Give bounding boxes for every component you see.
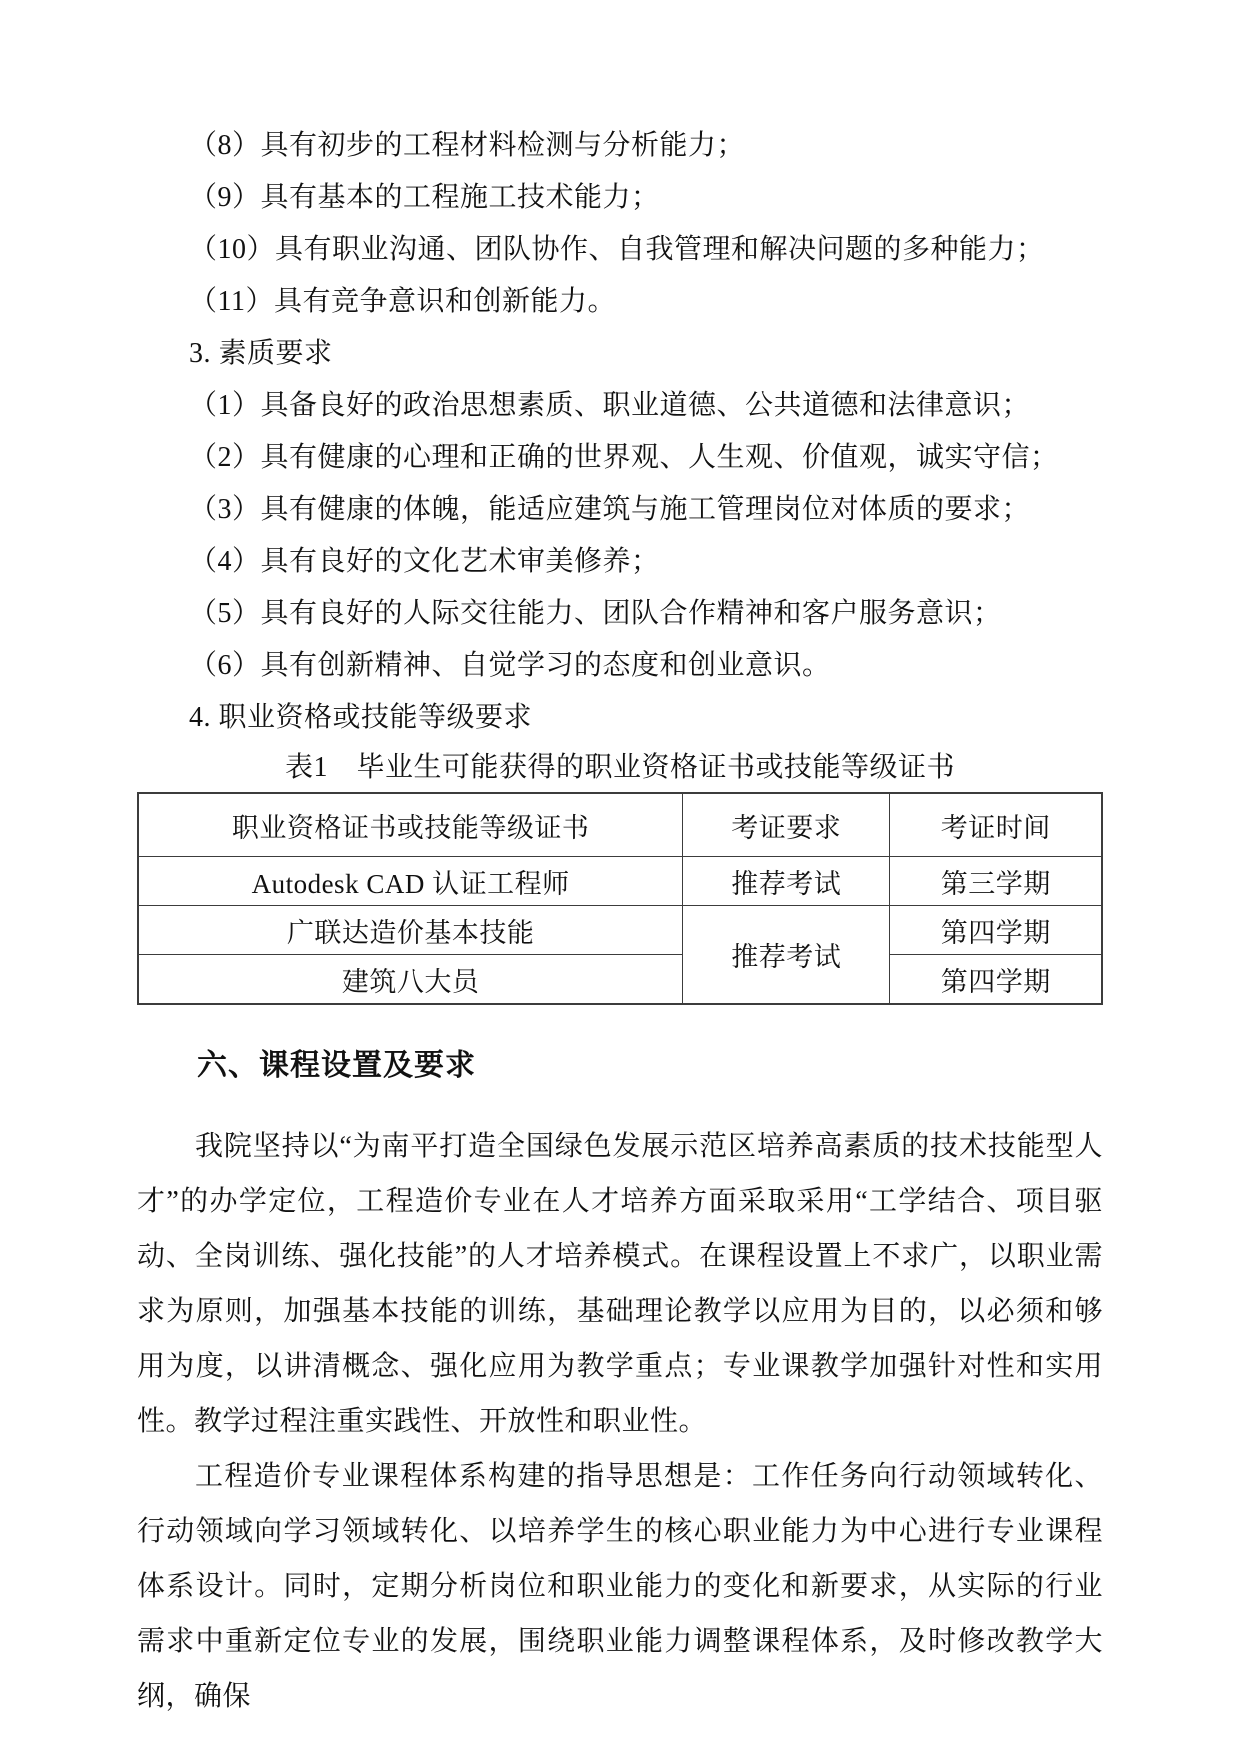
ability-item-11: （11）具有竞争意识和创新能力。 xyxy=(137,276,1103,328)
table-header-row: 职业资格证书或技能等级证书 考证要求 考证时间 xyxy=(138,793,1102,857)
course-section-heading: 六、课程设置及要求 xyxy=(137,1043,1103,1089)
header-cell-requirement: 考证要求 xyxy=(683,793,890,857)
cell-certificate: 建筑八大员 xyxy=(138,955,683,1005)
course-paragraph-1: 我院坚持以“为南平打造全国绿色发展示范区培养高素质的技术技能型人才”的办学定位，… xyxy=(137,1119,1103,1449)
quality-item-4: （4）具有良好的文化艺术审美修养； xyxy=(137,536,1103,588)
cell-requirement-merged: 推荐考试 xyxy=(683,906,890,1005)
quality-item-1: （1）具备良好的政治思想素质、职业道德、公共道德和法律意识； xyxy=(137,380,1103,432)
document-page: （8）具有初步的工程材料检测与分析能力； （9）具有基本的工程施工技术能力； （… xyxy=(0,0,1240,1754)
cert-section-heading: 4. 职业资格或技能等级要求 xyxy=(137,692,1103,744)
cell-certificate: Autodesk CAD 认证工程师 xyxy=(138,857,683,906)
table-row: 建筑八大员 第四学期 xyxy=(138,955,1102,1005)
header-cell-time: 考证时间 xyxy=(890,793,1102,857)
cell-requirement: 推荐考试 xyxy=(683,857,890,906)
table-row: 广联达造价基本技能 推荐考试 第四学期 xyxy=(138,906,1102,955)
cell-time: 第四学期 xyxy=(890,906,1102,955)
certificate-table: 职业资格证书或技能等级证书 考证要求 考证时间 Autodesk CAD 认证工… xyxy=(137,792,1103,1005)
header-cell-certificate: 职业资格证书或技能等级证书 xyxy=(138,793,683,857)
cell-time: 第三学期 xyxy=(890,857,1102,906)
quality-item-2: （2）具有健康的心理和正确的世界观、人生观、价值观，诚实守信； xyxy=(137,432,1103,484)
table-caption: 表1 毕业生可能获得的职业资格证书或技能等级证书 xyxy=(137,744,1103,792)
quality-item-5: （5）具有良好的人际交往能力、团队合作精神和客户服务意识； xyxy=(137,588,1103,640)
ability-item-8: （8）具有初步的工程材料检测与分析能力； xyxy=(137,120,1103,172)
table-row: Autodesk CAD 认证工程师 推荐考试 第三学期 xyxy=(138,857,1102,906)
ability-item-9: （9）具有基本的工程施工技术能力； xyxy=(137,172,1103,224)
quality-item-3: （3）具有健康的体魄，能适应建筑与施工管理岗位对体质的要求； xyxy=(137,484,1103,536)
ability-item-10: （10）具有职业沟通、团队协作、自我管理和解决问题的多种能力； xyxy=(137,224,1103,276)
cell-certificate: 广联达造价基本技能 xyxy=(138,906,683,955)
quality-section-heading: 3. 素质要求 xyxy=(137,328,1103,380)
course-paragraph-2: 工程造价专业课程体系构建的指导思想是：工作任务向行动领域转化、行动领域向学习领域… xyxy=(137,1449,1103,1724)
quality-item-6: （6）具有创新精神、自觉学习的态度和创业意识。 xyxy=(137,640,1103,692)
cell-time: 第四学期 xyxy=(890,955,1102,1005)
